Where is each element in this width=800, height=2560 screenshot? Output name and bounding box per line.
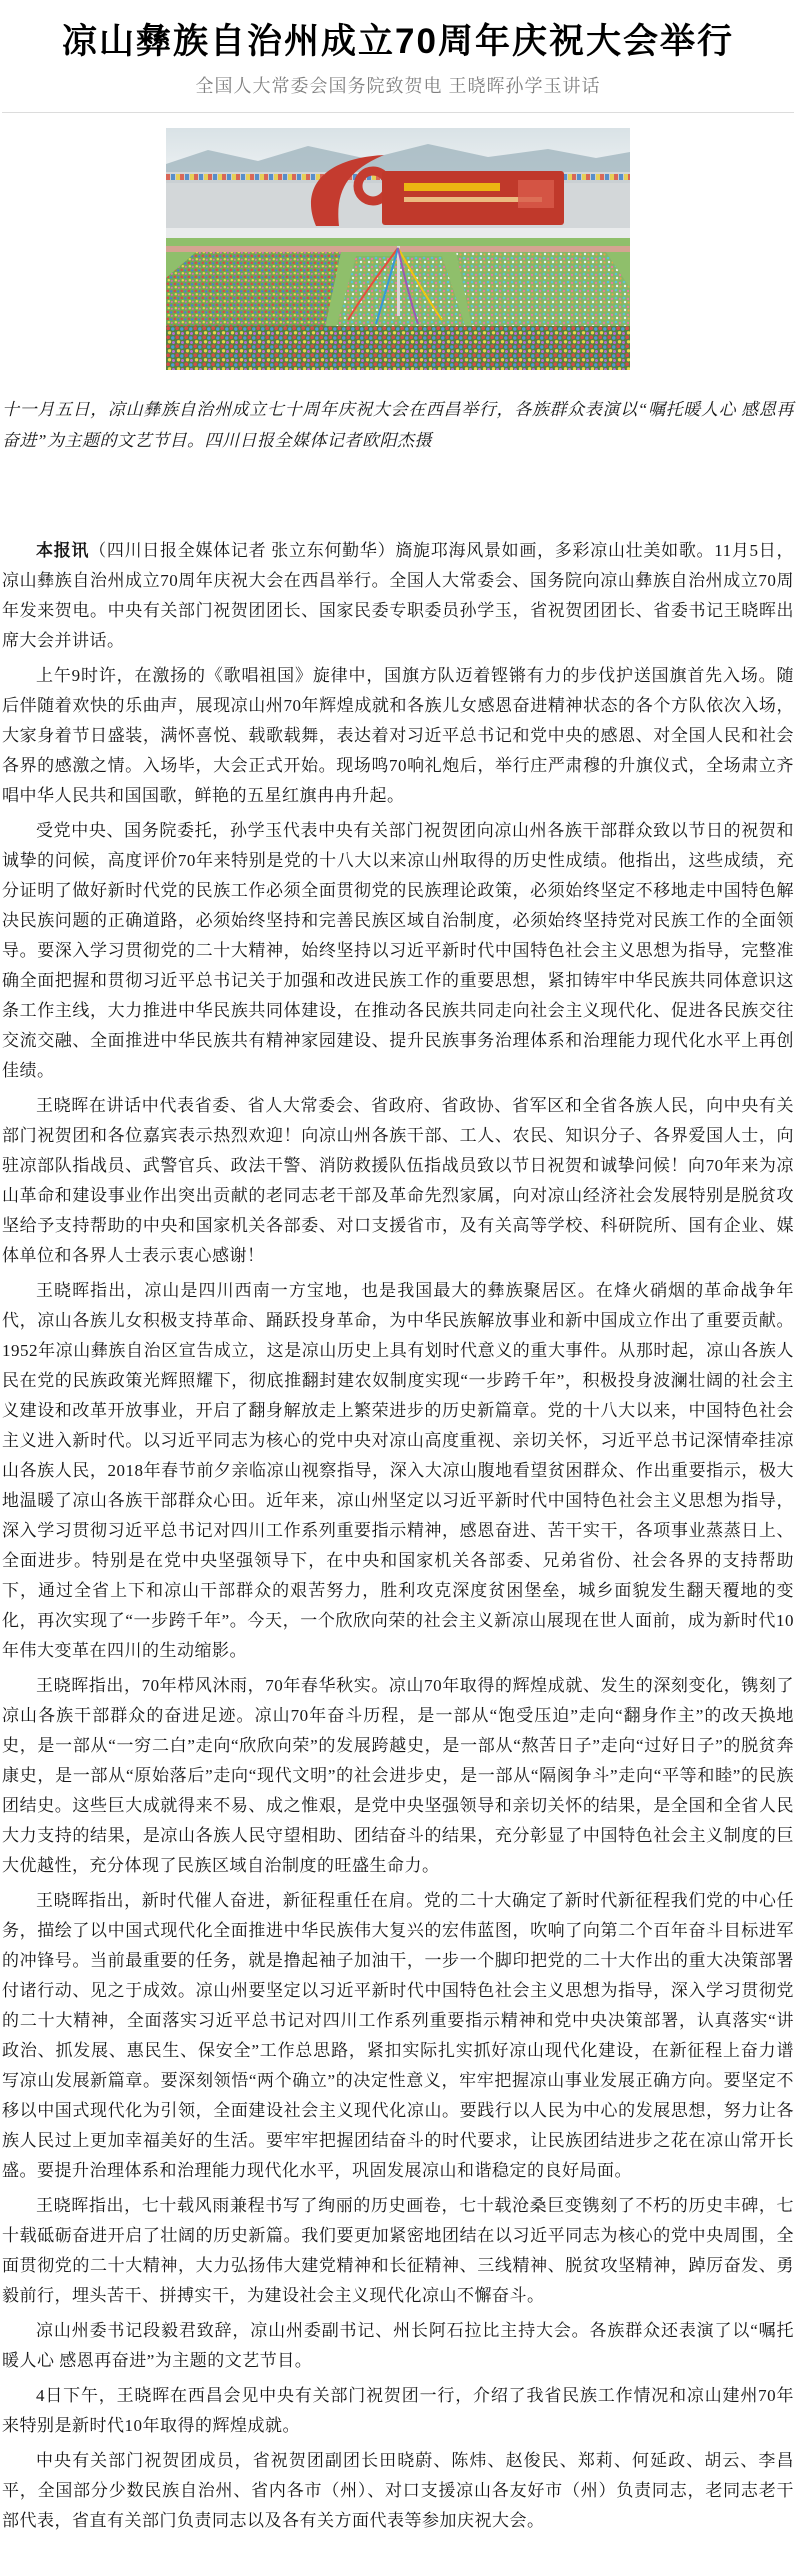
article-paragraph: 中央有关部门祝贺团成员，省祝贺团副团长田晓蔚、陈炜、赵俊民、郑莉、何延政、胡云、… <box>2 2446 794 2536</box>
photo-caption: 十一月五日，凉山彝族自治州成立七十周年庆祝大会在西昌举行，各族群众表演以“嘱托暖… <box>2 394 794 456</box>
lead-paragraph: 本报讯（四川日报全媒体记者 张立东何勤华）旖旎邛海风景如画，多彩凉山壮美如歌。1… <box>2 536 794 656</box>
article-paragraph: 王晓晖指出，七十载风雨兼程书写了绚丽的历史画卷，七十载沧桑巨变镌刻了不朽的历史丰… <box>2 2191 794 2311</box>
article-paragraph: 王晓晖指出，70年栉风沐雨，70年春华秋实。凉山70年取得的辉煌成就、发生的深刻… <box>2 1671 794 1881</box>
lead-paragraph-text: （四川日报全媒体记者 张立东何勤华）旖旎邛海风景如画，多彩凉山壮美如歌。11月5… <box>2 541 794 650</box>
event-photo-graphic <box>166 128 630 370</box>
event-photo <box>166 128 630 370</box>
article-subtitle: 全国人大常委会国务院致贺电 王晓晖孙学玉讲话 <box>2 72 794 98</box>
article-page: 凉山彝族自治州成立70周年庆祝大会举行 全国人大常委会国务院致贺电 王晓晖孙学玉… <box>0 20 796 2536</box>
article-paragraph: 受党中央、国务院委托，孙学玉代表中央有关部门祝贺团向凉山州各族干部群众致以节日的… <box>2 816 794 1086</box>
article-paragraph: 上午9时许，在激扬的《歌唱祖国》旋律中，国旗方队迈着铿锵有力的步伐护送国旗首先入… <box>2 661 794 811</box>
byline-bold: 本报讯 <box>36 541 89 560</box>
article-paragraph: 4日下午，王晓晖在西昌会见中央有关部门祝贺团一行，介绍了我省民族工作情况和凉山建… <box>2 2381 794 2441</box>
article-paragraph: 凉山州委书记段毅君致辞，凉山州委副书记、州长阿石拉比主持大会。各族群众还表演了以… <box>2 2316 794 2376</box>
article-paragraph: 王晓晖指出，新时代催人奋进，新征程重任在肩。党的二十大确定了新时代新征程我们党的… <box>2 1886 794 2186</box>
article-title: 凉山彝族自治州成立70周年庆祝大会举行 <box>32 20 764 64</box>
header-divider <box>2 112 794 113</box>
article-body: 本报讯（四川日报全媒体记者 张立东何勤华）旖旎邛海风景如画，多彩凉山壮美如歌。1… <box>2 536 794 2536</box>
article-paragraph: 王晓晖指出，凉山是四川西南一方宝地，也是我国最大的彝族聚居区。在烽火硝烟的革命战… <box>2 1276 794 1666</box>
article-paragraph: 王晓晖在讲话中代表省委、省人大常委会、省政府、省政协、省军区和全省各族人民，向中… <box>2 1091 794 1271</box>
paragraph-container: 上午9时许，在激扬的《歌唱祖国》旋律中，国旗方队迈着铿锵有力的步伐护送国旗首先入… <box>2 661 794 2536</box>
